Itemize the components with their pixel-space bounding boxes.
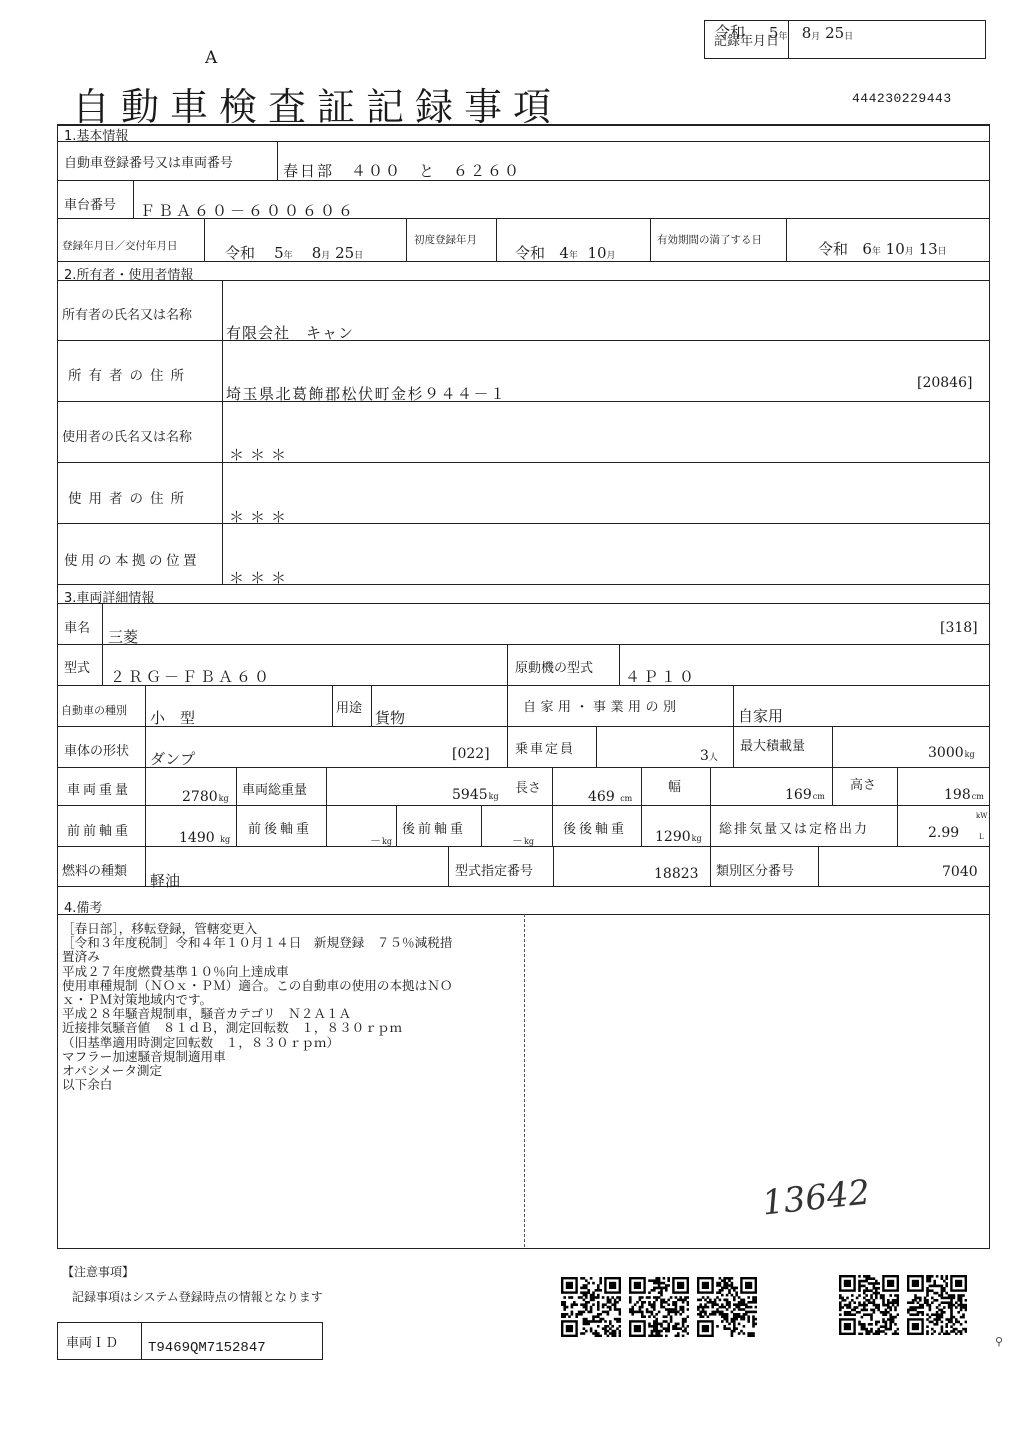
body-shape-label: 車体の形状 — [64, 740, 129, 759]
type-designation-number: 18823 — [654, 866, 699, 882]
user-name: ＊＊＊ — [229, 444, 292, 465]
owner-address-code: [20846] — [917, 375, 972, 391]
ff-axle-weight: 1490 kg — [179, 830, 230, 846]
gross-weight-label: 車両総重量 — [242, 779, 307, 798]
remarks-line: 近接排気騒音値 ８１ｄＢ，測定回転数 １，８３０ｒｐｍ — [62, 1021, 524, 1035]
section-remarks-heading: 4.備考 — [64, 897, 102, 916]
width-label: 幅 — [668, 776, 681, 795]
vehicle-weight-label: 車両重量 — [67, 779, 131, 798]
vehicle-make: 三菱 — [108, 626, 138, 647]
private-business: 自家用 — [738, 705, 783, 726]
length-label: 長さ — [515, 777, 541, 796]
record-date-value: 令和 5年 8月 25日 — [705, 21, 853, 47]
use-label: 用途 — [336, 697, 362, 716]
user-address-label: 使用者の住所 — [68, 487, 191, 507]
model-label: 型式 — [64, 657, 90, 676]
registration-number: 春日部 ４００ と ６２６０ — [283, 160, 521, 181]
owner-name-label: 所有者の氏名又は名称 — [62, 304, 192, 323]
remarks-text: ［春日部］，移転登録，管轄変更入［令和３年度税制］令和４年１０月１４日 新規登録… — [62, 922, 524, 1092]
base-location: ＊＊＊ — [229, 567, 292, 588]
section-basic-info-heading: 1.基本情報 — [64, 125, 128, 144]
vehicle-id-box: 車両ＩＤ T9469QM7152847 — [57, 1322, 323, 1360]
rf-axle-weight: －kg — [512, 832, 534, 848]
remarks-line: 置済み — [62, 950, 524, 964]
engine-model: ４Ｐ１０ — [625, 666, 697, 687]
registration-date: 令和 5年 8月 25日 — [225, 242, 363, 263]
user-address: ＊＊＊ — [229, 506, 292, 527]
chassis-number-label: 車台番号 — [64, 194, 116, 213]
private-business-label: 自家用・事業用の別 — [523, 696, 681, 715]
remarks-line: 平成２７年度燃費基準１０％向上達成車 — [62, 965, 524, 979]
qr-code-5 — [907, 1275, 967, 1335]
first-registration-label: 初度登録年月 — [414, 232, 477, 247]
registration-date-label: 登録年月日／交付年月日 — [62, 238, 178, 253]
displacement: 2.99 — [928, 825, 959, 841]
vehicle-weight: 2780kg — [182, 789, 229, 805]
remarks-line: 以下余白 — [62, 1078, 524, 1092]
displacement-unit-l: L — [979, 833, 984, 841]
type-designation-label: 型式指定番号 — [455, 860, 533, 879]
section-owner-user-heading: 2.所有者・使用者情報 — [64, 264, 193, 283]
qr-code-3 — [697, 1277, 757, 1337]
rf-axle-label: 後前軸重 — [402, 818, 466, 837]
max-load-label: 最大積載量 — [740, 735, 805, 754]
page-title: 自動車検査証記録事項 — [72, 76, 562, 131]
displacement-unit-kw: kW — [976, 812, 987, 820]
base-location-label: 使用の本拠の位置 — [64, 549, 200, 569]
document-number: 444230229443 — [852, 91, 952, 106]
form-letter: A — [205, 48, 217, 68]
vehicle-use: 貨物 — [375, 707, 405, 728]
rr-axle-weight: 1290kg — [655, 829, 702, 845]
expiry-date-label: 有効期間の満了する日 — [657, 232, 762, 247]
first-registration-date: 令和 4年 10月 — [515, 242, 616, 263]
fuel-type: 軽油 — [150, 870, 180, 891]
qr-code-4 — [839, 1275, 899, 1335]
registration-number-label: 自動車登録番号又は車両番号 — [64, 152, 233, 171]
vehicle-model: ２ＲＧ－ＦＢＡ６０ — [110, 666, 272, 687]
record-date-box: 記録年月日 令和 5年 8月 25日 — [704, 20, 986, 59]
qr-code-2 — [629, 1277, 689, 1337]
remarks-line: ［令和３年度税制］令和４年１０月１４日 新規登録 ７５％減税措 — [62, 936, 524, 950]
category-number: 7040 — [942, 864, 978, 880]
body-shape-code: [022] — [452, 746, 490, 762]
remarks-line: ［春日部］，移転登録，管轄変更入 — [62, 922, 524, 936]
fr-axle-label: 前後軸重 — [248, 818, 312, 837]
owner-address: 埼玉県北葛飾郡松伏町金杉９４４－１ — [226, 383, 507, 404]
rr-axle-label: 後後軸重 — [563, 818, 627, 837]
owner-address-label: 所有者の住所 — [68, 364, 191, 384]
vehicle-class-label: 自動車の種別 — [61, 702, 127, 718]
section-vehicle-detail-heading: 3.車両詳細情報 — [64, 587, 154, 606]
ff-axle-label: 前前軸重 — [67, 820, 131, 839]
body-shape: ダンプ — [150, 748, 195, 769]
notice-heading: 【注意事項】 — [62, 1263, 134, 1280]
remarks-line: 使用車種規制（ＮＯｘ・ＰＭ）適合。この自動車の使用の本拠はＮＯ — [62, 979, 524, 993]
qr-code-1 — [561, 1277, 621, 1337]
category-number-label: 類別区分番号 — [716, 860, 794, 879]
capacity: 3人 — [700, 748, 718, 764]
vehicle-id-label: 車両ＩＤ — [58, 1323, 142, 1359]
make-label: 車名 — [64, 617, 90, 636]
vehicle-make-code: [318] — [940, 620, 978, 636]
gross-weight: 5945kg — [452, 787, 499, 803]
remarks-line: （旧基準適用時測定回転数 １，８３０ｒｐｍ） — [62, 1036, 524, 1050]
max-load: 3000kg — [928, 745, 975, 761]
width: 169cm — [785, 787, 825, 803]
notice-text: 記録事項はシステム登録時点の情報となります — [72, 1288, 323, 1305]
remarks-line: マフラー加速騒音規制適用車 — [62, 1050, 524, 1064]
chassis-number: ＦＢＡ６０－６００６０６ — [140, 200, 356, 221]
length: 469 cm — [588, 789, 632, 805]
displacement-label: 総排気量又は定格出力 — [719, 818, 869, 837]
height: 198cm — [944, 787, 984, 803]
remarks-line: オパシメータ測定 — [62, 1064, 524, 1078]
fuel-label: 燃料の種類 — [62, 860, 127, 879]
expiry-date: 令和 6年 10月 13日 — [818, 238, 947, 259]
vehicle-class: 小 型 — [150, 707, 195, 728]
stamp-mark-icon: ⚲ — [995, 1335, 1003, 1348]
fr-axle-weight: －kg — [370, 832, 392, 848]
capacity-label: 乗車定員 — [515, 738, 575, 757]
height-label: 高さ — [850, 774, 876, 793]
remarks-line: 平成２８年騒音規制車，騒音カテゴリ Ｎ２Ａ１Ａ — [62, 1007, 524, 1021]
remarks-line: ｘ・ＰＭ対策地域内です。 — [62, 993, 524, 1007]
engine-model-label: 原動機の型式 — [515, 657, 593, 676]
user-name-label: 使用者の氏名又は名称 — [62, 426, 192, 445]
vehicle-id: T9469QM7152847 — [142, 1323, 322, 1359]
owner-name: 有限会社 キャン — [226, 322, 354, 343]
